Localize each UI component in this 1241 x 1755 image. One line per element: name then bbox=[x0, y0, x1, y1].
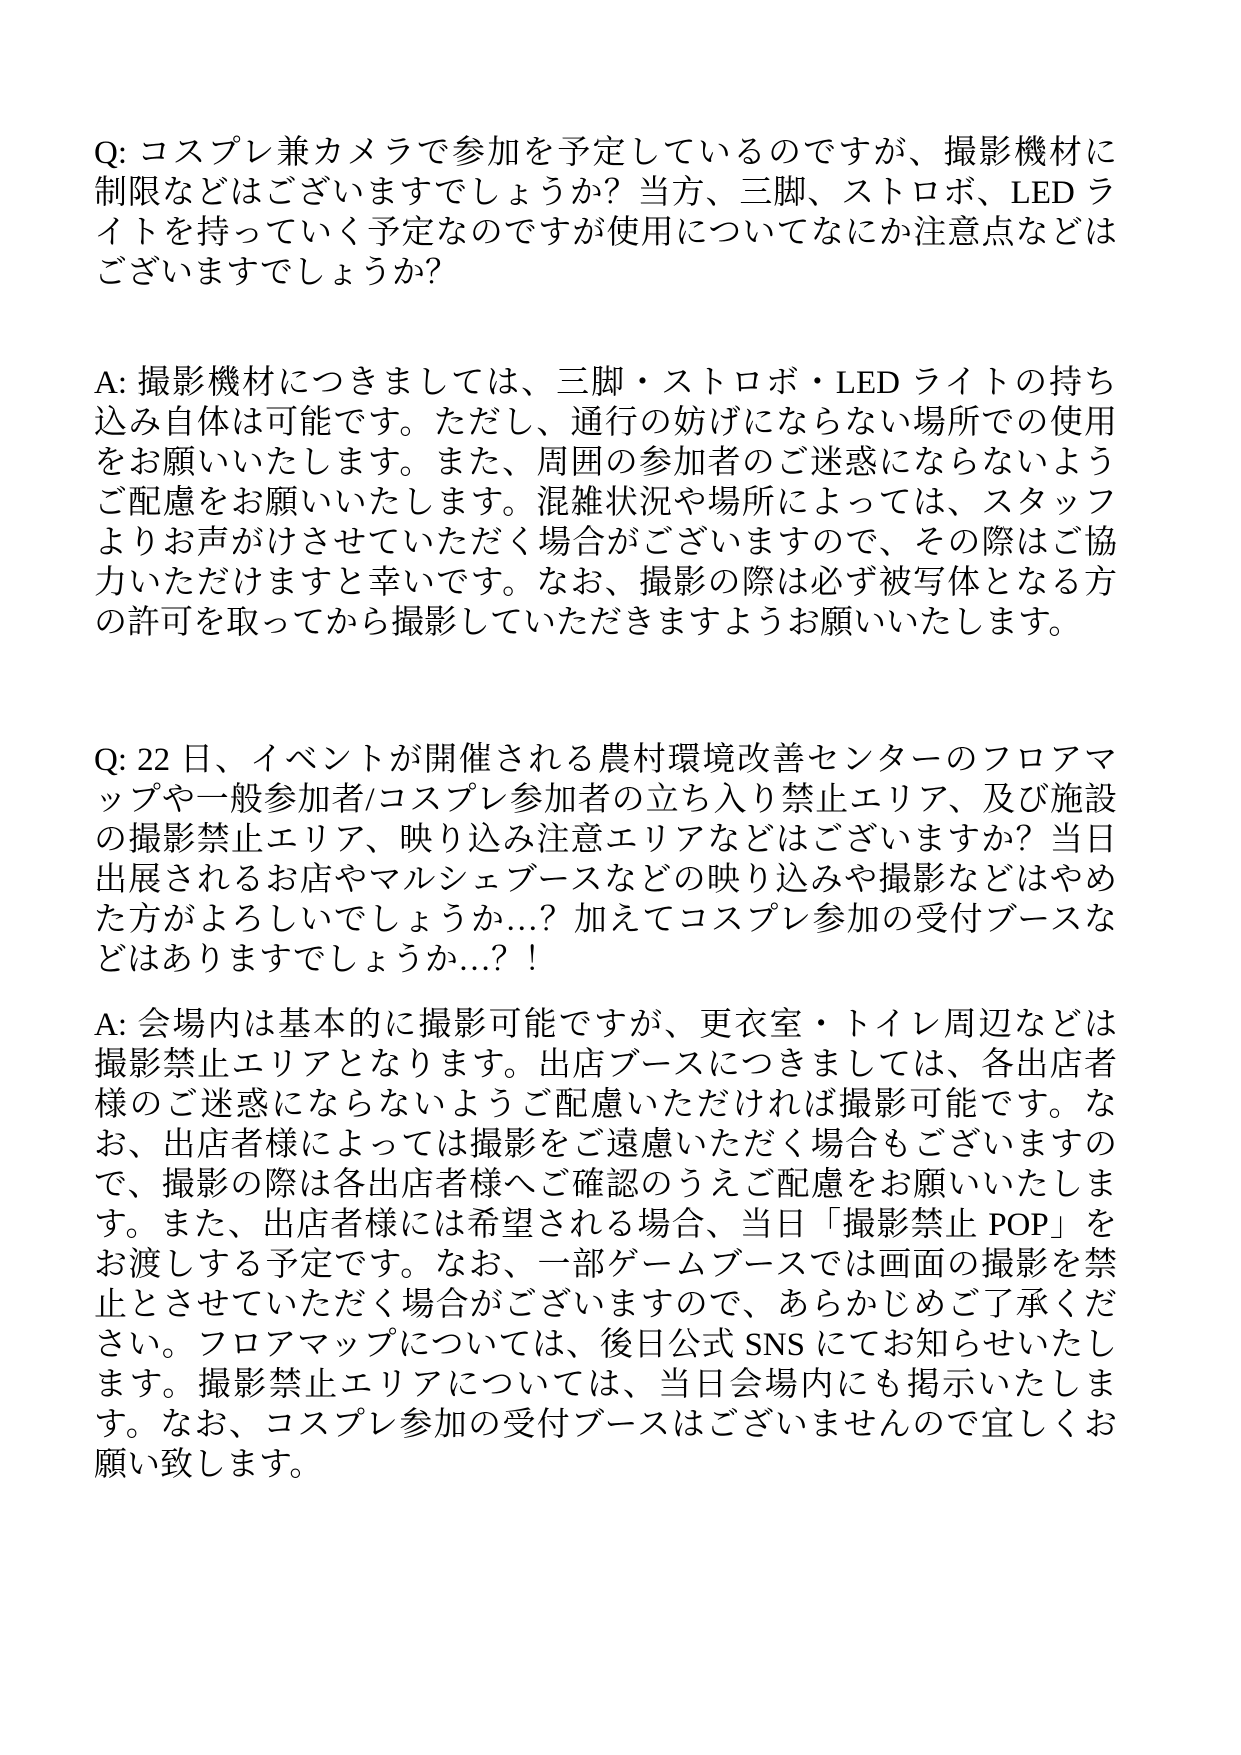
text-line: 力いただけますと幸いです。なお、撮影の際は必ず被写体となる方 bbox=[94, 563, 1117, 603]
text-line: 様のご迷惑にならないようご配慮いただければ撮影可能です。な bbox=[94, 1085, 1117, 1125]
qa-question-1: Q: コスプレ兼カメラで参加を予定しているのですが、撮影機材に制限などはございま… bbox=[94, 133, 1117, 293]
qa-answer-1: A: 撮影機材につきましては、三脚・ストロボ・LED ライトの持ち込み自体は可能… bbox=[94, 363, 1117, 643]
text-line: ございますでしょうか？ bbox=[94, 253, 1117, 293]
text-line: Q: コスプレ兼カメラで参加を予定しているのですが、撮影機材に bbox=[94, 133, 1117, 173]
text-line: ます。撮影禁止エリアについては、当日会場内にも掲示いたしま bbox=[94, 1365, 1117, 1405]
text-line: 撮影禁止エリアとなります。出店ブースにつきましては、各出店者 bbox=[94, 1045, 1117, 1085]
text-line: A: 会場内は基本的に撮影可能ですが、更衣室・トイレ周辺などは bbox=[94, 1005, 1117, 1045]
qa-question-2: Q: 22 日、イベントが開催される農村環境改善センターのフロアマップや一般参加… bbox=[94, 740, 1117, 980]
text-line: A: 撮影機材につきましては、三脚・ストロボ・LED ライトの持ち bbox=[94, 363, 1117, 403]
text-line: 出展されるお店やマルシェブースなどの映り込みや撮影などはやめ bbox=[94, 860, 1117, 900]
text-line: す。また、出店者様には希望される場合、当日「撮影禁止 POP」を bbox=[94, 1205, 1117, 1245]
document-page: Q: コスプレ兼カメラで参加を予定しているのですが、撮影機材に制限などはございま… bbox=[0, 0, 1241, 1755]
text-line: をお願いいたします。また、周囲の参加者のご迷惑にならないよう bbox=[94, 443, 1117, 483]
text-line: どはありますでしょうか…？！ bbox=[94, 940, 1117, 980]
text-line: の撮影禁止エリア、映り込み注意エリアなどはございますか？当日 bbox=[94, 820, 1117, 860]
text-line: イトを持っていく予定なのですが使用についてなにか注意点などは bbox=[94, 213, 1117, 253]
text-line: 願い致します。 bbox=[94, 1445, 1117, 1485]
text-line: よりお声がけさせていただく場合がございますので、その際はご協 bbox=[94, 523, 1117, 563]
text-line: 込み自体は可能です。ただし、通行の妨げにならない場所での使用 bbox=[94, 403, 1117, 443]
text-line: す。なお、コスプレ参加の受付ブースはございませんので宜しくお bbox=[94, 1405, 1117, 1445]
text-line: Q: 22 日、イベントが開催される農村環境改善センターのフロアマ bbox=[94, 740, 1117, 780]
text-line: た方がよろしいでしょうか…？加えてコスプレ参加の受付ブースな bbox=[94, 900, 1117, 940]
text-line: 止とさせていただく場合がございますので、あらかじめご了承くだ bbox=[94, 1285, 1117, 1325]
text-line: ご配慮をお願いいたします。混雑状況や場所によっては、スタッフ bbox=[94, 483, 1117, 523]
text-line: さい。フロアマップについては、後日公式 SNS にてお知らせいたし bbox=[94, 1325, 1117, 1365]
text-line: の許可を取ってから撮影していただきますようお願いいたします。 bbox=[94, 603, 1117, 643]
text-line: 制限などはございますでしょうか？当方、三脚、ストロボ、LED ラ bbox=[94, 173, 1117, 213]
text-line: で、撮影の際は各出店者様へご確認のうえご配慮をお願いいたしま bbox=[94, 1165, 1117, 1205]
text-line: お、出店者様によっては撮影をご遠慮いただく場合もございますの bbox=[94, 1125, 1117, 1165]
qa-answer-2: A: 会場内は基本的に撮影可能ですが、更衣室・トイレ周辺などは撮影禁止エリアとな… bbox=[94, 1005, 1117, 1485]
text-line: お渡しする予定です。なお、一部ゲームブースでは画面の撮影を禁 bbox=[94, 1245, 1117, 1285]
text-line: ップや一般参加者/コスプレ参加者の立ち入り禁止エリア、及び施設 bbox=[94, 780, 1117, 820]
